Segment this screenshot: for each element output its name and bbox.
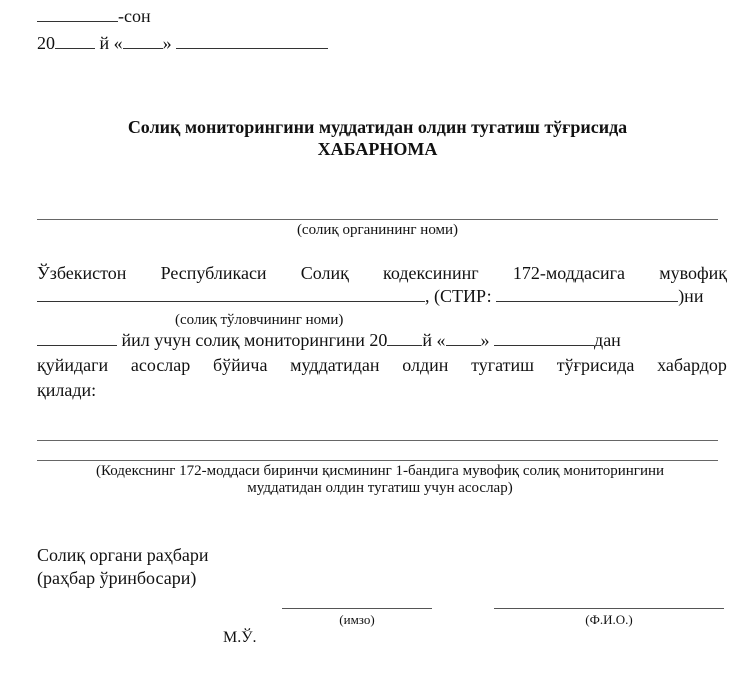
grounds-field-2[interactable] bbox=[37, 460, 718, 461]
word: Ўзбекистон bbox=[37, 263, 126, 283]
date-year-prefix: 20 bbox=[37, 33, 55, 53]
title-line-2: ХАБАРНОМА bbox=[0, 138, 755, 160]
body-line-5: қилади: bbox=[37, 380, 96, 400]
full-name-caption: (Ф.И.О.) bbox=[494, 612, 724, 627]
taxpayer-caption: (солиқ тўловчининг номи) bbox=[175, 312, 343, 329]
word: Республикаси bbox=[161, 263, 267, 283]
word: мувофиқ bbox=[659, 263, 727, 283]
start-year-blank[interactable] bbox=[387, 330, 422, 346]
body-line-4: қуйидаги асослар бўйича муддатидан олдин… bbox=[37, 355, 727, 375]
document-date-line: 20 й «» bbox=[37, 33, 328, 53]
start-month-blank[interactable] bbox=[494, 330, 594, 346]
stir-label: , (СТИР: bbox=[425, 286, 492, 306]
document-number-blank[interactable] bbox=[37, 6, 118, 22]
word: Солиқ bbox=[301, 263, 349, 283]
full-name-field[interactable] bbox=[494, 608, 724, 609]
number-suffix: -сон bbox=[118, 6, 151, 26]
line3-text: йил учун солиқ мониторингини 20 bbox=[122, 330, 388, 350]
word: олдин bbox=[402, 355, 448, 375]
document-number-line: -сон bbox=[37, 6, 151, 26]
line3-day-close: » bbox=[481, 330, 490, 350]
grounds-caption-line-1: (Кодекснинг 172-моддаси биринчи қисминин… bbox=[30, 463, 730, 480]
word: муддатидан bbox=[290, 355, 379, 375]
line3-year-suffix: й « bbox=[422, 330, 445, 350]
stir-field[interactable] bbox=[496, 286, 678, 302]
date-day-blank[interactable] bbox=[123, 33, 163, 49]
signer-role: Солиқ органи раҳбари bbox=[37, 545, 209, 565]
signer-role-deputy: (раҳбар ўринбосари) bbox=[37, 568, 196, 588]
word: хабардор bbox=[657, 355, 727, 375]
start-day-blank[interactable] bbox=[446, 330, 481, 346]
taxpayer-name-field[interactable] bbox=[37, 286, 425, 302]
tax-authority-caption: (солиқ органининг номи) bbox=[37, 222, 718, 239]
signature-field[interactable] bbox=[282, 608, 432, 609]
word: 172-моддасига bbox=[513, 263, 625, 283]
grounds-caption-line-2: муддатидан олдин тугатиш учун асослар) bbox=[30, 480, 730, 497]
word: асослар bbox=[131, 355, 190, 375]
word: кодексининг bbox=[383, 263, 479, 283]
body-line-3: йил учун солиқ мониторингини 20й «» дан bbox=[37, 330, 621, 350]
body-line-1: Ўзбекистон Республикаси Солиқ кодексинин… bbox=[37, 263, 727, 283]
word: қуйидаги bbox=[37, 355, 108, 375]
year-field[interactable] bbox=[37, 330, 117, 346]
signature-caption: (имзо) bbox=[282, 612, 432, 627]
date-year-suffix: й « bbox=[100, 33, 123, 53]
date-day-close: » bbox=[163, 33, 172, 53]
tax-authority-name-field[interactable] bbox=[37, 219, 718, 220]
title-line-1: Солиқ мониторингини муддатидан олдин туг… bbox=[0, 116, 755, 138]
date-year-blank[interactable] bbox=[55, 33, 95, 49]
body-line-2: , (СТИР: )ни bbox=[37, 286, 703, 306]
grounds-field-1[interactable] bbox=[37, 440, 718, 441]
word: бўйича bbox=[213, 355, 267, 375]
word: тўғрисида bbox=[557, 355, 635, 375]
seal-placeholder: М.Ў. bbox=[223, 629, 257, 647]
grounds-caption: (Кодекснинг 172-моддаси биринчи қисминин… bbox=[30, 463, 730, 497]
document-title: Солиқ мониторингини муддатидан олдин туг… bbox=[0, 116, 755, 160]
date-month-blank[interactable] bbox=[176, 33, 328, 49]
stir-suffix: )ни bbox=[678, 286, 703, 306]
word: тугатиш bbox=[471, 355, 534, 375]
line3-end: дан bbox=[594, 330, 621, 350]
